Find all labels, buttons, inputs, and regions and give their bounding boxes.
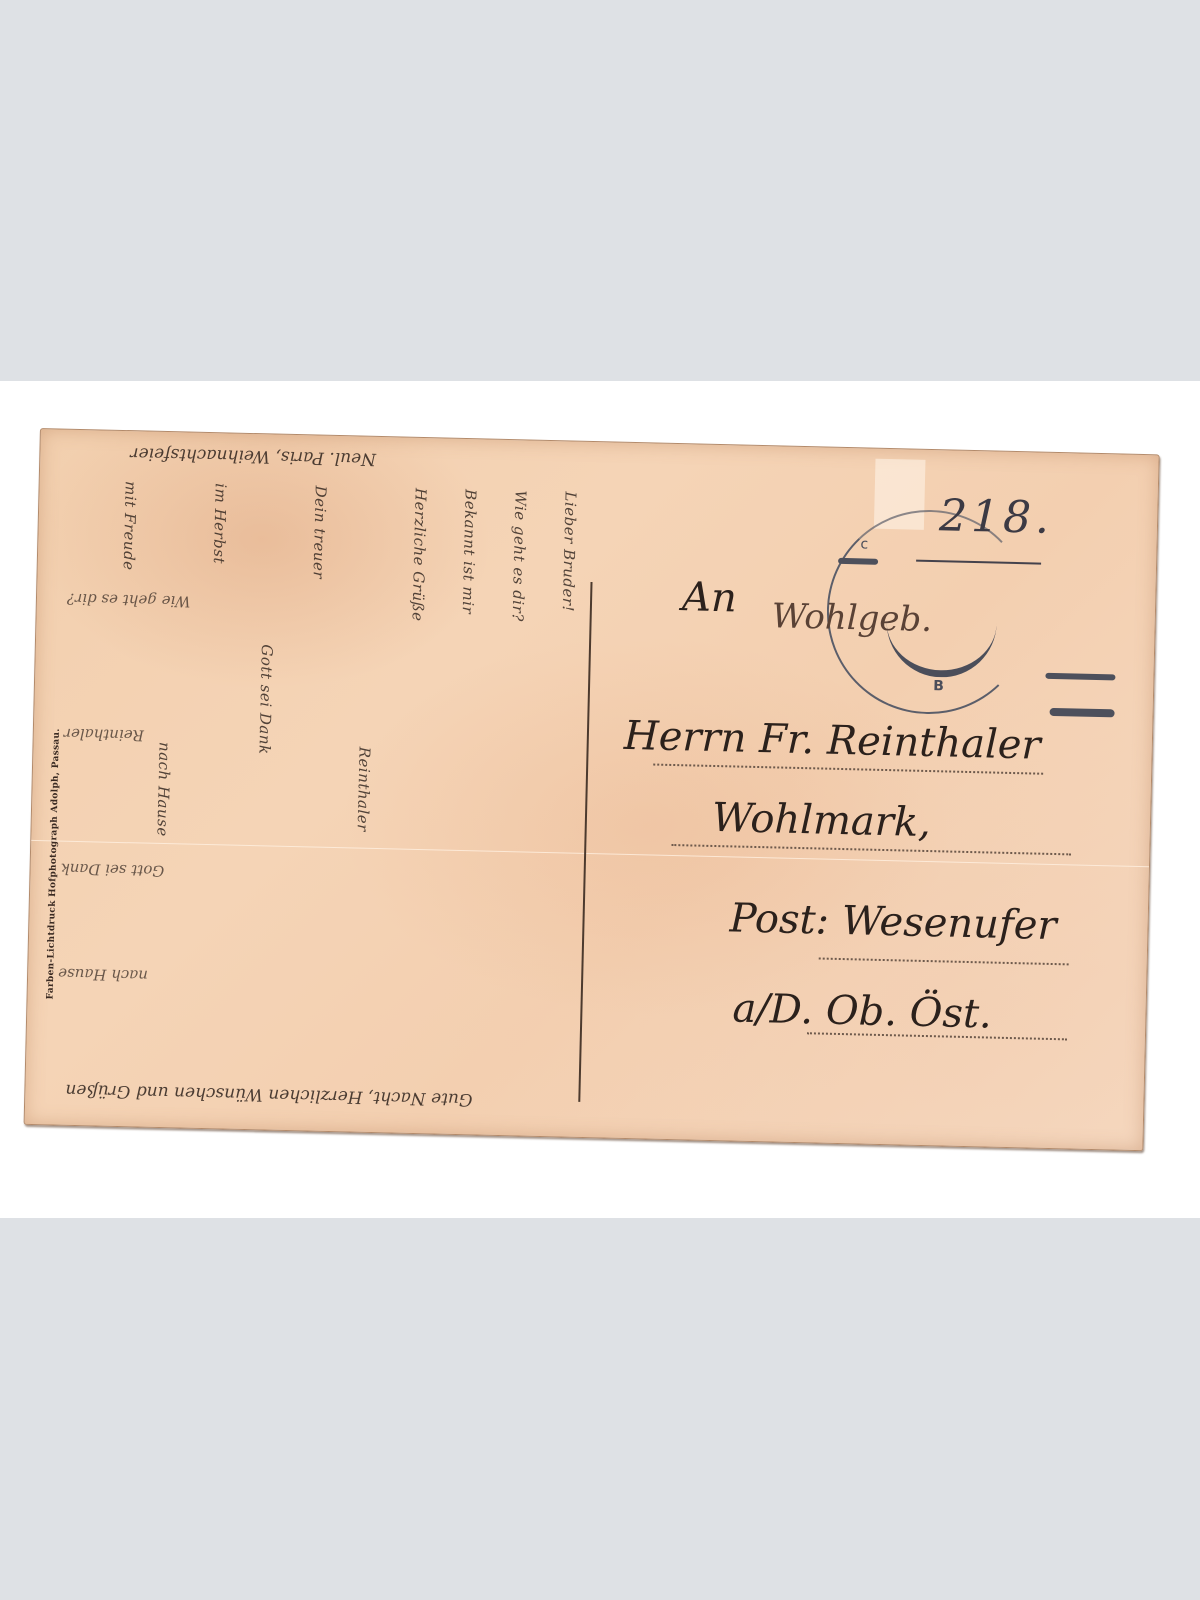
postmark-bar — [1045, 673, 1115, 681]
message-line: Gott sei Dank — [255, 644, 276, 755]
message-bottom-line: Gute Nacht, Herzlichen Wünschen und Grüß… — [65, 1080, 473, 1110]
message-line: Wie geht es dir? — [509, 490, 530, 622]
postmark-bar — [1049, 708, 1114, 718]
message-area: Neul. Paris, Weihnachtsfeier Gute Nacht,… — [45, 439, 591, 1121]
message-cross-line: Reinthaler — [64, 725, 145, 745]
address-dotted-line — [819, 957, 1069, 965]
message-line: im Herbst — [210, 483, 230, 564]
message-line: Bekannt ist mir — [459, 489, 480, 614]
message-cross-line: Gott sei Dank — [60, 860, 164, 880]
message-top-line: Neul. Paris, Weihnachtsfeier — [130, 443, 376, 469]
postmark-letters: B — [933, 678, 944, 694]
viewer-background-top — [0, 0, 1200, 381]
address-region: a/D. Ob. Öst. — [732, 985, 992, 1037]
address-dotted-line — [671, 844, 1071, 855]
message-line: Dein treuer — [310, 485, 330, 579]
catalog-number: 218. — [939, 490, 1054, 544]
message-cross-line: nach Hause — [58, 965, 148, 985]
address-salutation: An — [682, 574, 738, 621]
message-line: mit Freude — [120, 481, 140, 571]
message-line: Herzliche Grüße — [409, 488, 430, 622]
viewer-background-bottom — [0, 1218, 1200, 1600]
postmark-fragment: c — [860, 536, 868, 552]
address-town: Wohlmark, — [711, 795, 931, 846]
message-cross-line: Wie geht es dir? — [67, 590, 191, 611]
address-post: Post: Wesenufer — [729, 895, 1057, 949]
postcard-back: Neul. Paris, Weihnachtsfeier Gute Nacht,… — [24, 428, 1160, 1151]
message-line: Reinthaler — [354, 747, 374, 833]
message-line: Lieber Bruder! — [559, 491, 580, 612]
address-recipient: Herrn Fr. Reinthaler — [623, 713, 1041, 769]
postmark-bar — [838, 558, 878, 565]
address-honorific: Wohlgeb. — [771, 596, 932, 640]
message-line: nach Hause — [153, 742, 173, 837]
